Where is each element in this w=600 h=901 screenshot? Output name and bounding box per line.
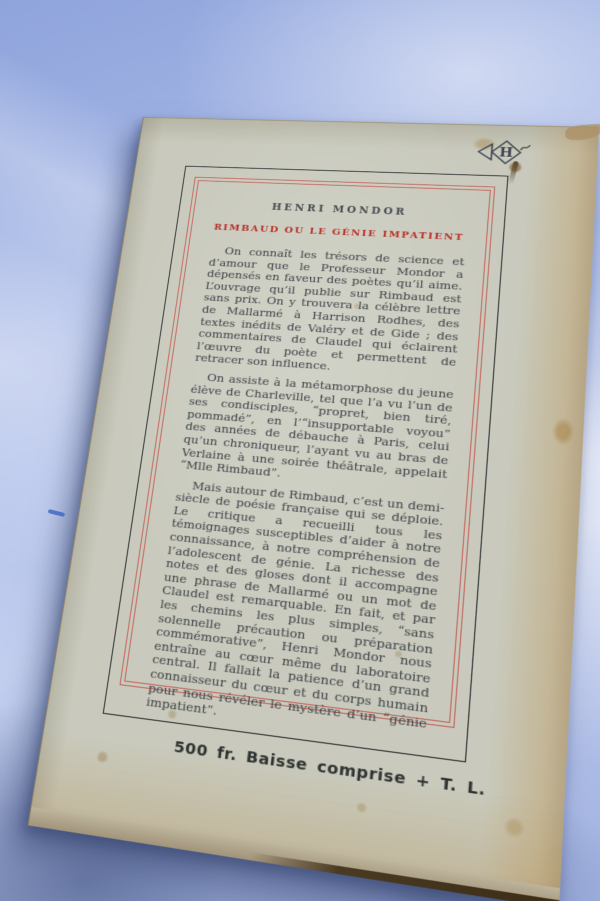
blurb-paragraph: On connaît les trésors de science et d’a…	[194, 245, 465, 382]
torn-corner	[565, 124, 600, 141]
page-edge-shadow	[249, 852, 559, 901]
book-page-edges	[28, 807, 560, 901]
author-name: HENRI MONDOR	[202, 200, 482, 221]
fabric-background: H HENRI MONDOR RIMBAUD OU LE GÉNIE IMPAT…	[0, 0, 600, 901]
cover-black-frame: HENRI MONDOR RIMBAUD OU LE GÉNIE IMPATIE…	[103, 166, 509, 763]
book-back-cover: H HENRI MONDOR RIMBAUD OU LE GÉNIE IMPAT…	[27, 117, 599, 901]
fabric-thread	[48, 509, 65, 517]
book-title: RIMBAUD OU LE GÉNIE IMPATIENT	[199, 222, 480, 243]
blurb-paragraph: On assiste à la métamorphose du jeune él…	[179, 371, 454, 495]
monogram-letter: H	[499, 145, 514, 160]
cover-red-frame-inner: HENRI MONDOR RIMBAUD OU LE GÉNIE IMPATIE…	[124, 180, 491, 723]
publisher-monogram-icon: H	[474, 136, 531, 167]
cover-text-block: HENRI MONDOR RIMBAUD OU LE GÉNIE IMPATIE…	[134, 186, 483, 714]
cover-red-frame: HENRI MONDOR RIMBAUD OU LE GÉNIE IMPATIE…	[119, 177, 495, 728]
blurb-paragraph: Mais autour de Rimbaud, c’est un demi-si…	[145, 478, 445, 746]
blurb: On connaît les trésors de science et d’a…	[145, 245, 465, 747]
